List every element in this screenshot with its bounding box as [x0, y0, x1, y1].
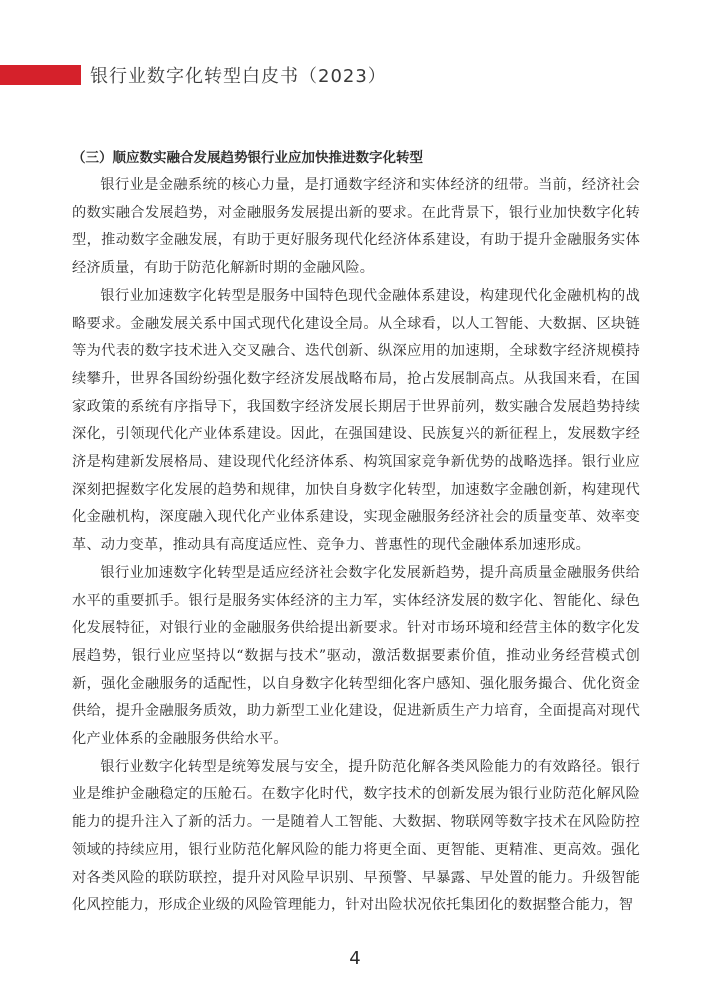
- paragraph-3: 银行业加速数字化转型是适应经济社会数字化发展新趋势，提升高质量金融服务供给水平的…: [72, 560, 640, 754]
- document-title: 银行业数字化转型白皮书（2023）: [90, 62, 387, 88]
- page-number: 4: [0, 948, 710, 969]
- section-heading: （三）顺应数实融合发展趋势银行业应加快推进数字化转型: [72, 146, 640, 170]
- header-accent-bar: [0, 65, 81, 85]
- paragraph-4: 银行业数字化转型是统筹发展与安全，提升防范化解各类风险能力的有效路径。银行业是维…: [72, 754, 640, 920]
- page-content: （三）顺应数实融合发展趋势银行业应加快推进数字化转型 银行业是金融系统的核心力量…: [72, 146, 640, 920]
- paragraph-1: 银行业是金融系统的核心力量，是打通数字经济和实体经济的纽带。当前，经济社会的数实…: [72, 172, 640, 283]
- paragraph-2: 银行业加速数字化转型是服务中国特色现代金融体系建设，构建现代化金融机构的战略要求…: [72, 283, 640, 560]
